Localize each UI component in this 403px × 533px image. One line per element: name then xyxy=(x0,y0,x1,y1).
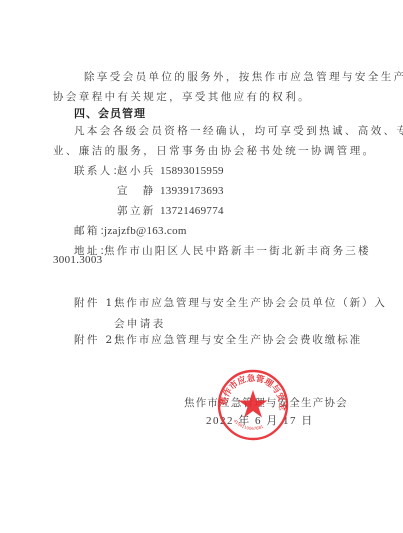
management-paragraph-line-1: 凡本会各级会员资格一经确认，均可享受到热诚、高效、专 xyxy=(74,125,403,138)
contact-phone: 13721469774 xyxy=(160,205,224,218)
contact-phone: 15893015959 xyxy=(160,165,224,178)
attachment-1-text-continued: 会申请表 xyxy=(114,318,166,331)
address-line-1: 焦作市山阳区人民中路新丰一街北新丰商务三楼 xyxy=(104,245,371,258)
attachment-1-text: 焦作市应急管理与安全生产协会会员单位（新）入 xyxy=(114,297,387,310)
official-seal-icon: 焦作市应急管理与安全生产协会 4108110067681 xyxy=(216,368,290,442)
rights-paragraph-line-1: 除享受会员单位的服务外，按焦作市应急管理与安全生产 xyxy=(84,71,403,84)
contact-name: 赵小兵 xyxy=(117,165,156,178)
rights-paragraph-line-2: 协会章程中有关规定，享受其他应有的权利。 xyxy=(53,91,311,104)
email-address: jzajzfb@163.com xyxy=(104,225,187,238)
section-heading-membership-management: 四、会员管理 xyxy=(74,107,146,120)
attachment-2-text: 焦作市应急管理与安全生产协会会费收缴标准 xyxy=(114,334,362,347)
contact-name: 宣 静 xyxy=(117,185,156,198)
contact-name: 郭立新 xyxy=(117,205,156,218)
contact-phone: 13939173693 xyxy=(160,185,224,198)
address-line-2: 3001.3003 xyxy=(53,254,102,267)
management-paragraph-line-2: 业、廉洁的服务，日常事务由协会秘书处统一协调管理。 xyxy=(53,145,376,158)
svg-text:4108110067681: 4108110067681 xyxy=(233,418,265,431)
